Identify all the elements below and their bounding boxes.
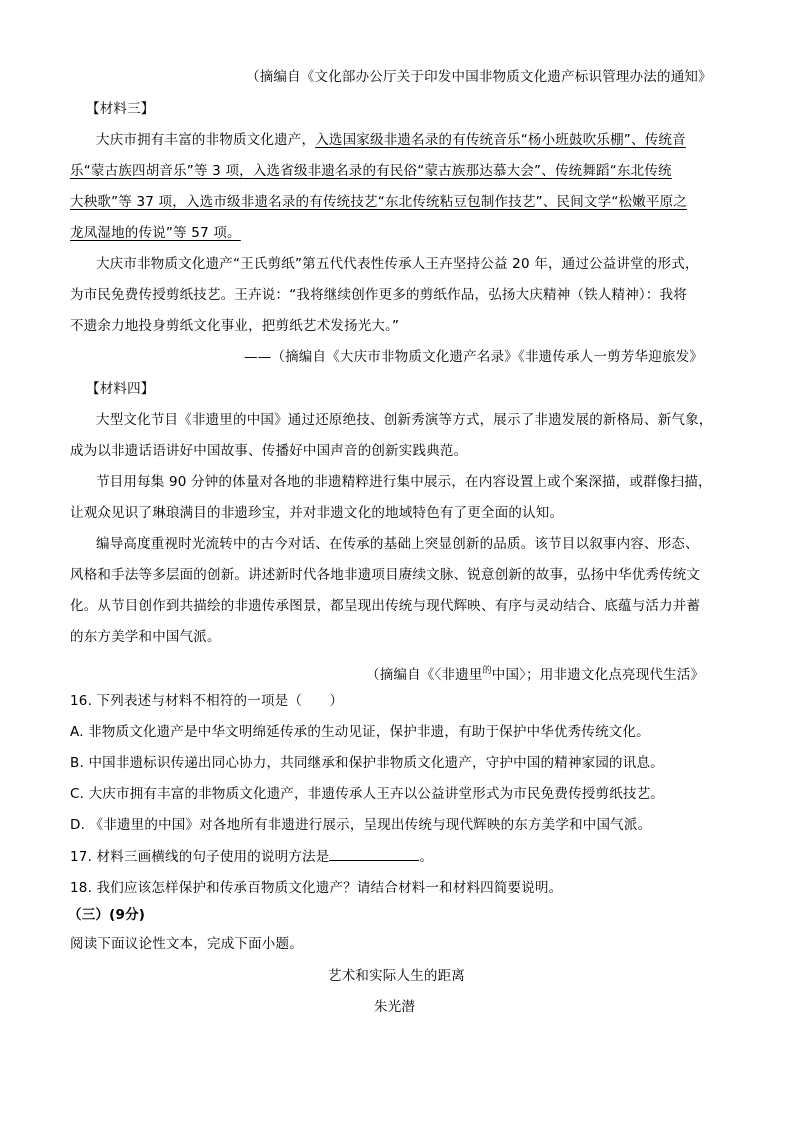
material4-p3-line4: 的东方美学和中国气派。 bbox=[70, 628, 221, 646]
question-18: 18. 我们应该怎样保护和传承百物质文化遗产？请结合材料一和材料四简要说明。 bbox=[70, 879, 562, 897]
question-16-option-b: B. 中国非遗标识传递出同心协力，共同继承和保护非物质文化遗产，守护中国的精神家… bbox=[70, 754, 664, 772]
material4-p1-line1: 大型文化节目《非遗里的中国》通过还原绝技、创新秀演等方式，展示了非遗发展的新格局… bbox=[96, 411, 713, 429]
material3-p1-plain: 大庆市拥有丰富的非物质文化遗产， bbox=[96, 132, 315, 148]
material4-heading: 【材料四】 bbox=[86, 380, 155, 398]
answer-blank[interactable] bbox=[329, 848, 419, 861]
material2-source: （摘编自《文化部办公厅关于印发中国非物质文化遗产标识管理办法的通知》 bbox=[246, 68, 712, 86]
question-17: 17. 材料三画横线的句子使用的说明方法是。 bbox=[70, 848, 433, 866]
material4-p3-line2: 风格和手法等多层面的创新。讲述新时代各地非遗项目赓续文脉、锐意创新的故事，弘扬中… bbox=[70, 566, 700, 584]
question-16-option-c: C. 大庆市拥有丰富的非物质文化遗产，非遗传承人王卉以公益讲堂形式为市民免费传授… bbox=[70, 785, 664, 803]
material4-p1-line2: 成为以非遗话语讲好中国故事、传播好中国声音的创新实践典范。 bbox=[70, 442, 467, 460]
question-17-end: 。 bbox=[419, 849, 433, 865]
material3-p1-line2: 乐“蒙古族四胡音乐”等 3 项，入选省级非遗名录的有民俗“蒙古族那达慕大会”、传… bbox=[70, 162, 672, 180]
article-title: 艺术和实际人生的距离 bbox=[328, 967, 465, 985]
material4-p2-line2: 让观众见识了琳琅满目的非遗珍宝，并对非遗文化的地域特色有了更全面的认知。 bbox=[70, 504, 563, 522]
material3-underlined-sentence: 入选国家级非遗名录的有传统音乐“杨小班鼓吹乐棚”、传统音 bbox=[315, 132, 686, 148]
material4-source-pre: （摘编自《〈非遗里 bbox=[366, 667, 483, 683]
question-16-stem: 16. 下列表述与材料不相符的一项是（ ） bbox=[70, 692, 343, 710]
article-author: 朱光潜 bbox=[374, 998, 415, 1016]
material4-source-sup: 的 bbox=[483, 666, 492, 676]
material3-p1-line3: 大秧歌”等 37 项，入选市级非遗名录的有传统技艺“东北传统粘豆包制作技艺”、民… bbox=[70, 193, 687, 211]
material4-source: （摘编自《〈非遗里的中国〉；用非遗文化点亮现代生活》 bbox=[366, 662, 704, 684]
exam-page: （摘编自《文化部办公厅关于印发中国非物质文化遗产标识管理办法的通知》 【材料三】… bbox=[0, 0, 794, 1123]
material3-p2-line2: 为市民免费传授剪纸技艺。王卉说：“我将继续创作更多的剪纸作品，弘扬大庆精神（铁人… bbox=[70, 286, 687, 304]
material3-p1-line4: 龙凤湿地的传说”等 57 项。 bbox=[70, 224, 241, 242]
question-17-stem: 17. 材料三画横线的句子使用的说明方法是 bbox=[70, 849, 329, 865]
material4-p2-line1: 节目用每集 90 分钟的体量对各地的非遗精粹进行集中展示，在内容设置上或个案深描… bbox=[96, 473, 712, 491]
section-3-instruction: 阅读下面议论性文本，完成下面小题。 bbox=[70, 935, 303, 953]
material3-p2-line3: 不遗余力地投身剪纸文化事业，把剪纸艺术发扬光大。” bbox=[70, 317, 399, 335]
material3-heading: 【材料三】 bbox=[86, 100, 155, 118]
material4-source-post: 中国〉；用非遗文化点亮现代生活》 bbox=[492, 667, 704, 683]
question-16-option-a: A. 非物质文化遗产是中华文明绵延传承的生动见证，保护非遗，有助于保护中华优秀传… bbox=[70, 723, 650, 741]
material4-p3-line3: 化。从节目创作到共描绘的非遗传承图景，都呈现出传统与现代辉映、有序与灵动结合、底… bbox=[70, 597, 700, 615]
section-3-heading: （三）(9分) bbox=[68, 906, 145, 924]
material3-p1-line1: 大庆市拥有丰富的非物质文化遗产，入选国家级非遗名录的有传统音乐“杨小班鼓吹乐棚”… bbox=[96, 131, 686, 149]
material3-source: ——（摘编自《大庆市非物质文化遗产名录》《非遗传承人一剪芳华迎旅发》 bbox=[244, 348, 703, 366]
question-16-option-d: D. 《非遗里的中国》对各地所有非遗进行展示，呈现出传统与现代辉映的东方美学和中… bbox=[70, 816, 651, 834]
material3-p2-line1: 大庆市非物质文化遗产“王氏剪纸”第五代代表性传承人王卉坚持公益 20 年，通过公… bbox=[96, 255, 699, 273]
material4-p3-line1: 编导高度重视时光流转中的古今对话、在传承的基础上突显创新的品质。该节目以叙事内容… bbox=[96, 535, 699, 553]
